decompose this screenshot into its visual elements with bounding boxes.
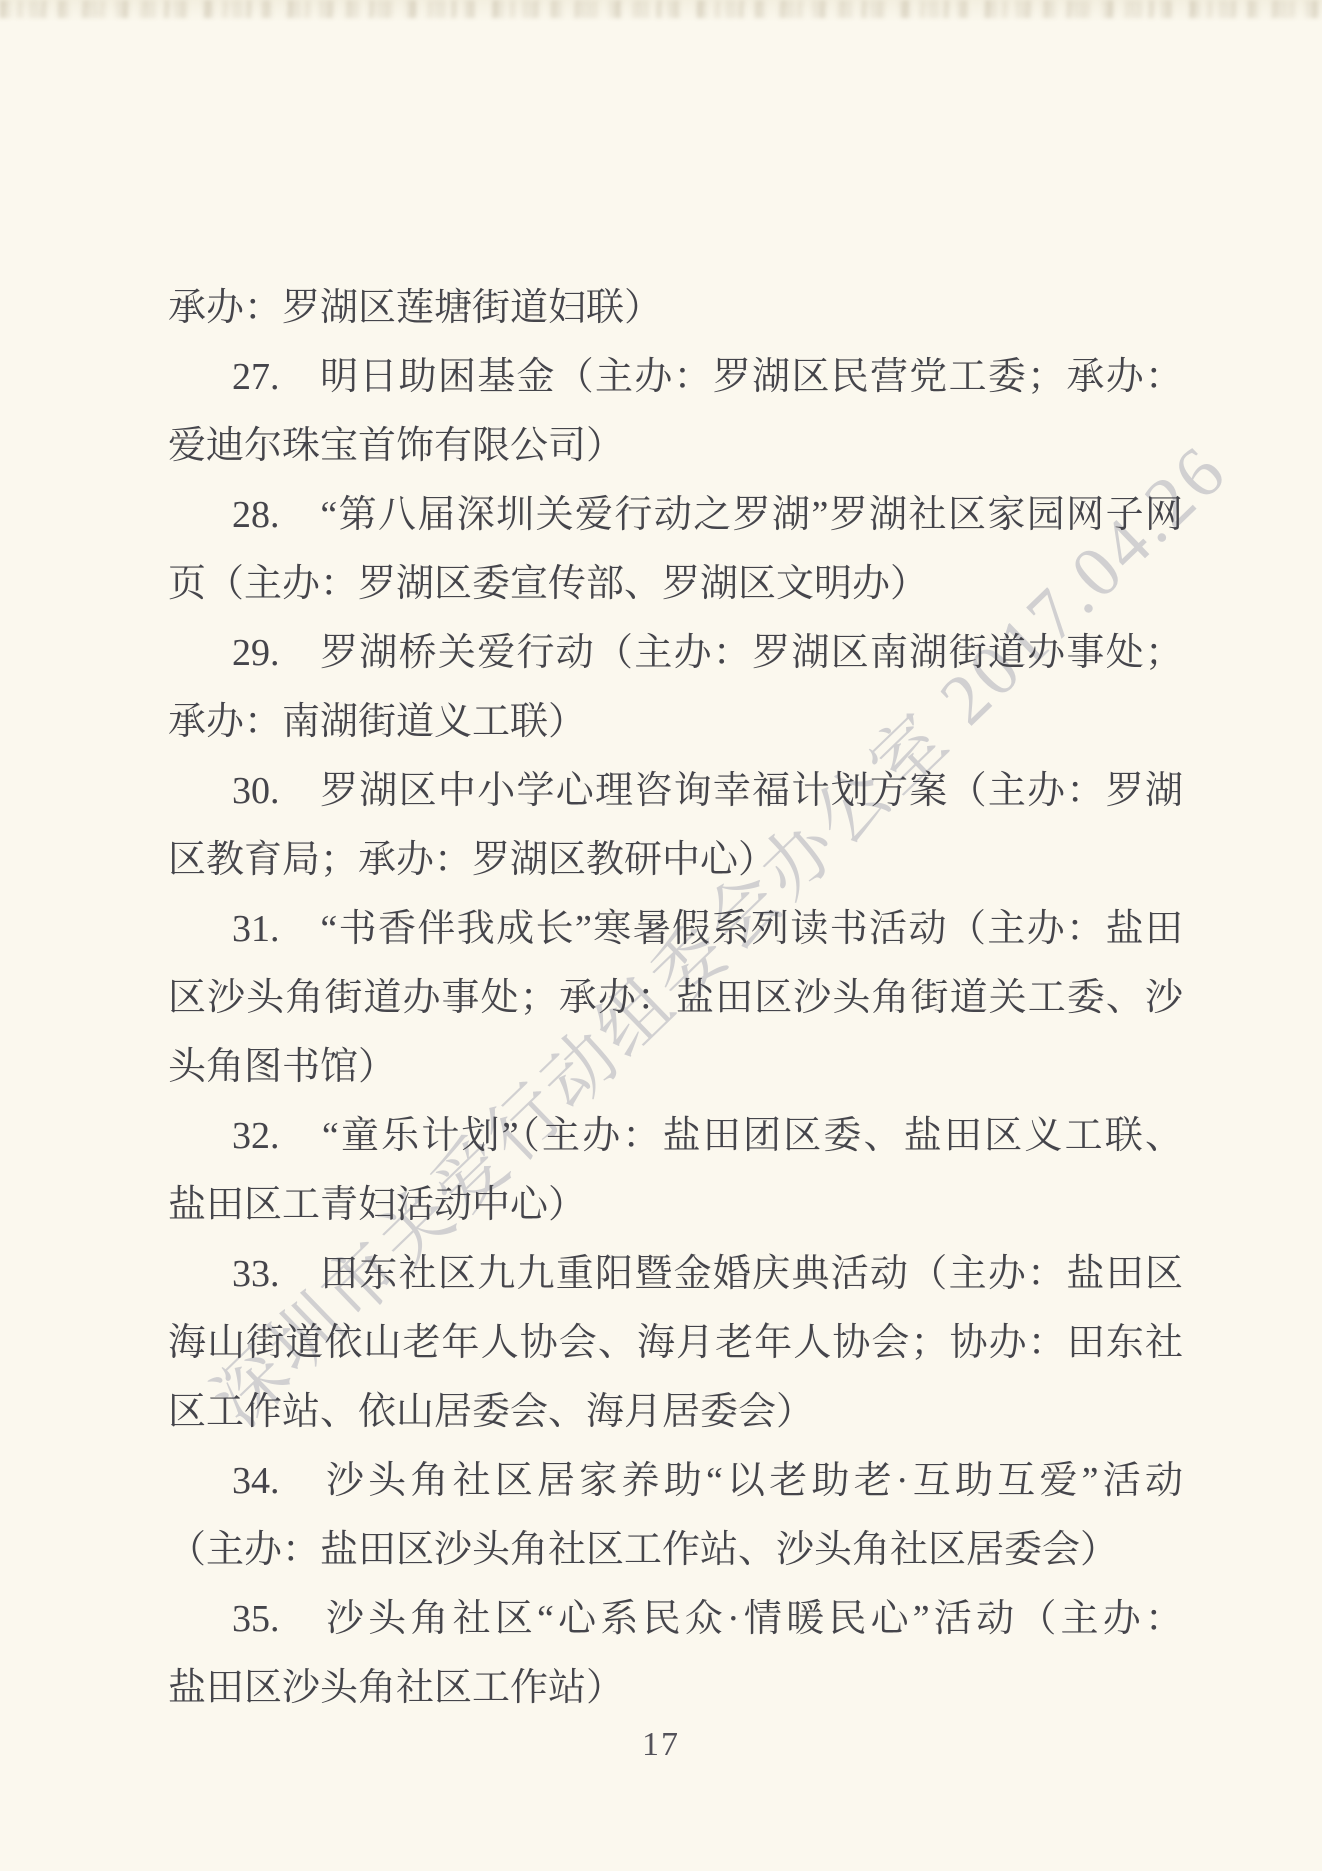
text-line: 承办：罗湖区莲塘街道妇联）	[168, 274, 1183, 343]
text-line: 30. 罗湖区中小学心理咨询幸福计划方案（主办：罗湖	[168, 757, 1183, 826]
document-page: 深圳市关爱行动组委会办公室 2017.04.26 承办：罗湖区莲塘街道妇联）27…	[0, 0, 1322, 1871]
text-line: 31. “书香伴我成长”寒暑假系列读书活动（主办：盐田	[168, 895, 1183, 964]
text-line: 爱迪尔珠宝首饰有限公司）	[168, 412, 1183, 481]
text-line: 29. 罗湖桥关爱行动（主办：罗湖区南湖街道办事处；	[168, 619, 1183, 688]
text-line: 35. 沙头角社区“心系民众·情暖民心”活动（主办：	[168, 1585, 1183, 1654]
text-line: 海山街道依山老年人协会、海月老年人协会；协办：田东社	[168, 1309, 1183, 1378]
text-line: 27. 明日助困基金（主办：罗湖区民营党工委；承办：	[168, 343, 1183, 412]
text-line: 28. “第八届深圳关爱行动之罗湖”罗湖社区家园网子网	[168, 481, 1183, 550]
body-text-block: 承办：罗湖区莲塘街道妇联）27. 明日助困基金（主办：罗湖区民营党工委；承办：爱…	[168, 274, 1183, 1723]
text-line: 区工作站、依山居委会、海月居委会）	[168, 1378, 1183, 1447]
text-line: 区沙头角街道办事处；承办：盐田区沙头角街道关工委、沙	[168, 964, 1183, 1033]
text-line: 页（主办：罗湖区委宣传部、罗湖区文明办）	[168, 550, 1183, 619]
text-line: 头角图书馆）	[168, 1033, 1183, 1102]
page-number: 17	[0, 1726, 1322, 1764]
scan-edge-noise	[0, 0, 1322, 18]
text-line: 区教育局；承办：罗湖区教研中心）	[168, 826, 1183, 895]
text-line: 33. 田东社区九九重阳暨金婚庆典活动（主办：盐田区	[168, 1240, 1183, 1309]
text-line: （主办：盐田区沙头角社区工作站、沙头角社区居委会）	[168, 1516, 1183, 1585]
text-line: 32. “童乐计划”（主办：盐田团区委、盐田区义工联、	[168, 1102, 1183, 1171]
text-line: 承办：南湖街道义工联）	[168, 688, 1183, 757]
text-line: 盐田区沙头角社区工作站）	[168, 1654, 1183, 1723]
text-line: 盐田区工青妇活动中心）	[168, 1171, 1183, 1240]
text-line: 34. 沙头角社区居家养助“以老助老·互助互爱”活动	[168, 1447, 1183, 1516]
